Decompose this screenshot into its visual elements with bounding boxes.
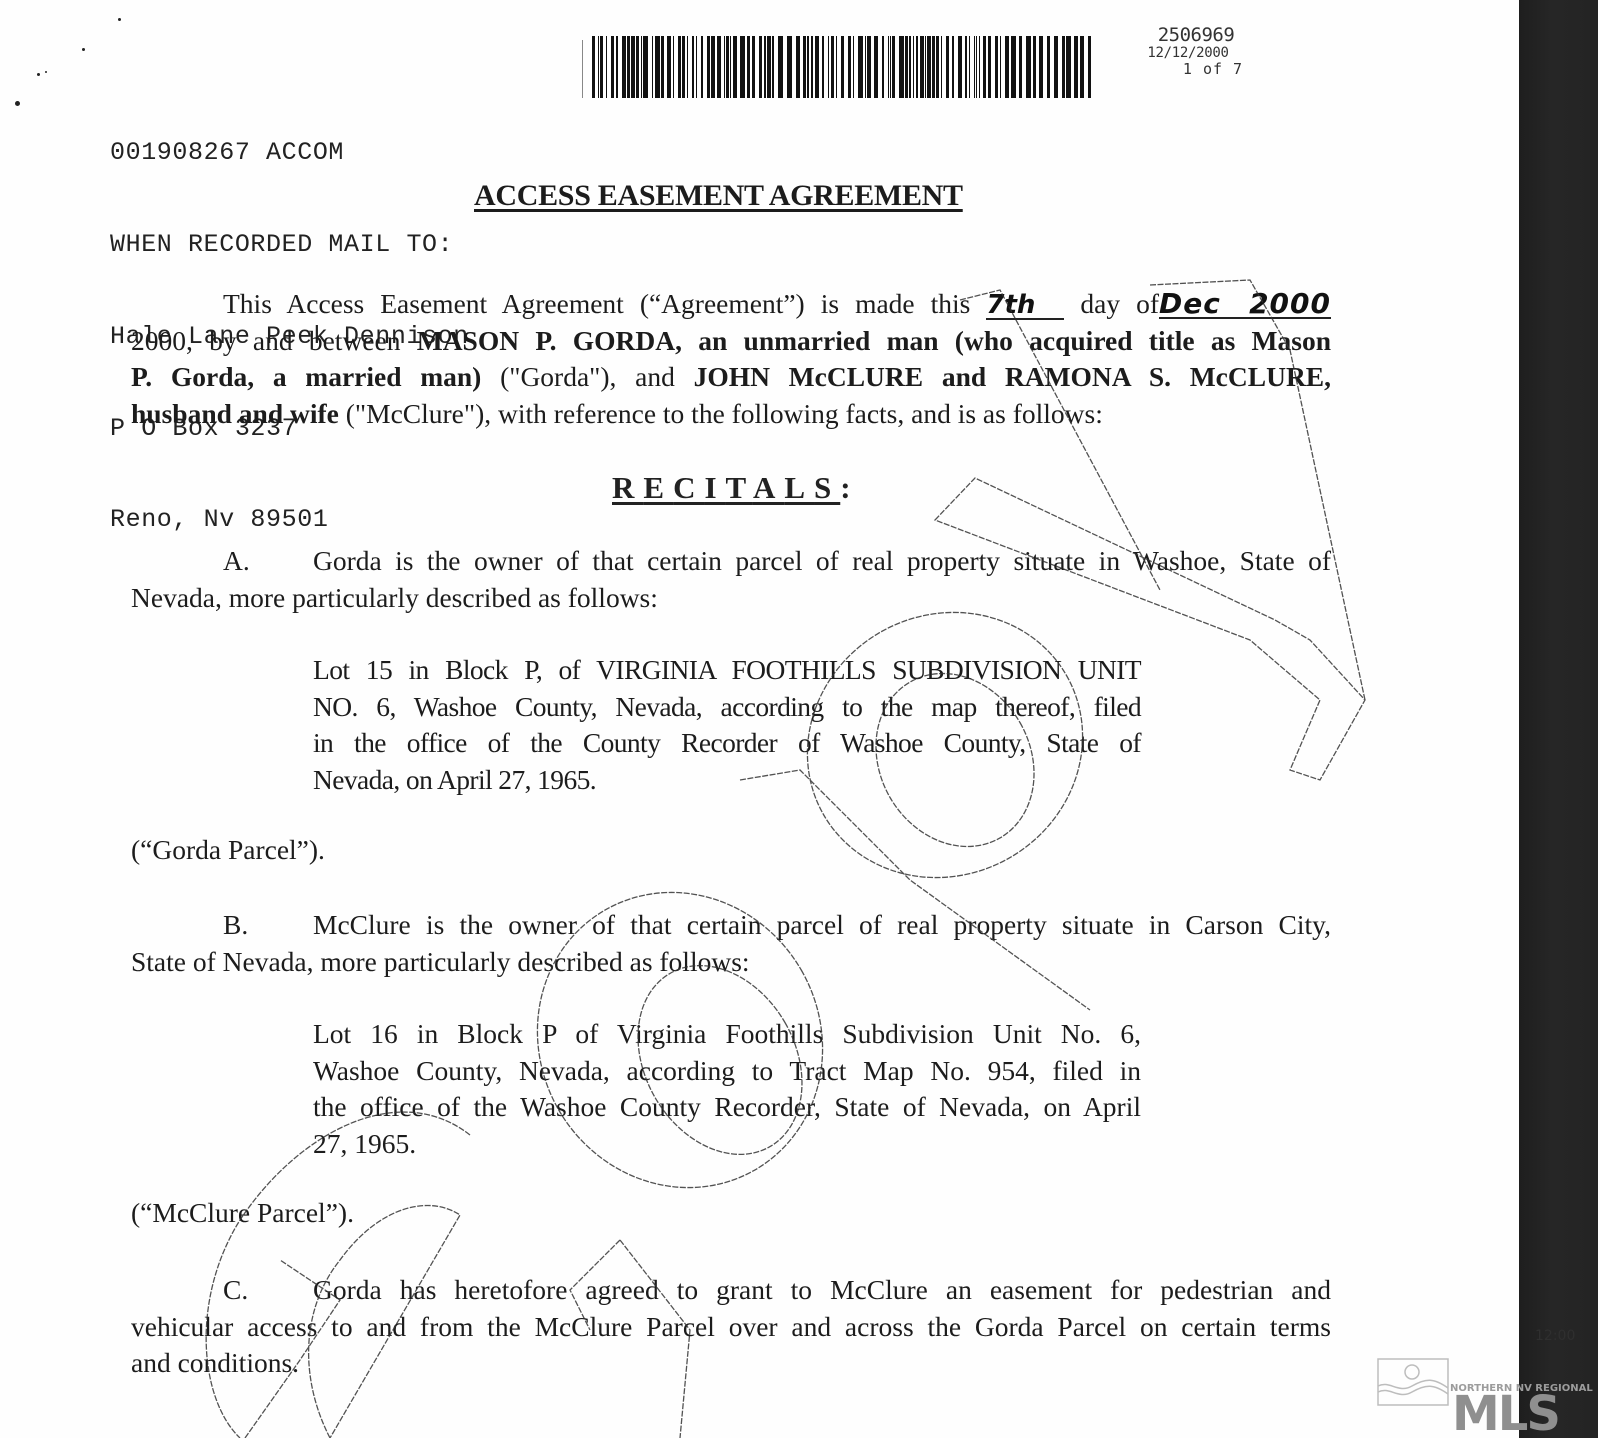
gorda-parcel-term: (“Gorda Parcel”).	[131, 834, 325, 866]
barcode-bar	[1019, 36, 1022, 98]
mcclure-parcel-description: Lot 16 in Block P of Virginia Foothills …	[313, 1016, 1141, 1162]
barcode-bar	[874, 36, 878, 98]
barcode-bar	[616, 36, 618, 98]
barcode-bar	[803, 36, 806, 98]
barcode-bar	[988, 36, 991, 98]
recital-c: C.Gorda has heretofore agreed to grant t…	[131, 1272, 1331, 1382]
barcode-bar	[841, 36, 844, 98]
recital-b: B.McClure is the owner of that certain p…	[131, 907, 1331, 980]
recital-letter: A.	[131, 543, 313, 580]
barcode-bar	[867, 36, 871, 98]
barcode-bar	[1011, 36, 1016, 98]
barcode-bar	[974, 36, 975, 98]
recital-text: vehicular access to and from the McClure…	[131, 1309, 1331, 1346]
barcode-bar	[836, 36, 837, 98]
barcode-bar	[752, 36, 755, 98]
barcode-bar	[888, 36, 889, 98]
recital-text: McClure is the owner of that certain par…	[313, 909, 1331, 940]
heading-letter: I	[704, 470, 725, 505]
barcode-bar	[831, 36, 834, 98]
handwritten-day: 7th	[986, 292, 1064, 320]
heading-letter: T	[726, 470, 753, 505]
barcode-bar	[936, 36, 939, 98]
recital-a: A.Gorda is the owner of that certain par…	[131, 543, 1331, 616]
barcode-bar	[1000, 36, 1001, 98]
intro-text: ("McClure"), with reference to the follo…	[346, 398, 1103, 429]
barcode-bar	[711, 36, 715, 98]
barcode-bar	[941, 36, 942, 98]
barcode-bar	[717, 36, 721, 98]
barcode-bar	[606, 36, 607, 98]
barcode-bar	[687, 36, 688, 98]
barcode-bar	[641, 36, 642, 98]
barcode-bar	[807, 36, 809, 98]
party-gorda-prior: P. Gorda, a married man)	[131, 361, 481, 392]
barcode-bar	[796, 36, 800, 98]
barcode-bar	[995, 36, 998, 98]
barcode-bar	[890, 36, 891, 98]
barcode-bar	[701, 36, 703, 98]
barcode-bar	[764, 36, 766, 98]
barcode-bar	[865, 36, 866, 98]
barcode-bar	[600, 36, 603, 98]
barcode-bar	[913, 36, 914, 98]
page-count: 1 of 7	[1168, 61, 1258, 77]
viewer-side-panel	[1519, 0, 1598, 1438]
barcode-bar	[920, 36, 924, 98]
barcode-bar	[1080, 36, 1084, 98]
barcode-bar	[828, 36, 829, 98]
barcode-bar	[1054, 36, 1058, 98]
recital-text: and conditions.	[131, 1345, 1331, 1382]
scanned-document-page: 001908267 ACCOM WHEN RECORDED MAIL TO: H…	[0, 0, 1519, 1438]
scan-speck	[82, 48, 85, 51]
barcode-bar	[747, 36, 750, 98]
barcode-bar	[692, 36, 694, 98]
barcode-bar	[611, 36, 614, 98]
barcode-bar	[696, 36, 697, 98]
barcode-bar	[1088, 36, 1091, 98]
barcode-bar	[932, 36, 935, 98]
barcode-bar	[740, 36, 745, 98]
heading-colon: :	[840, 470, 859, 505]
barcode-bar	[958, 36, 962, 98]
intro-paragraph: This Access Easement Agreement (“Agreeme…	[131, 286, 1331, 432]
recital-text: Gorda has heretofore agreed to grant to …	[313, 1274, 1331, 1305]
barcode-bar	[946, 36, 949, 98]
legal-description-line: Washoe County, Nevada, according to Trac…	[313, 1053, 1141, 1090]
party-gorda: MASON P. GORDA, an unmarried man (who ac…	[417, 325, 1331, 356]
legal-description-line: Lot 16 in Block P of Virginia Foothills …	[313, 1016, 1141, 1053]
barcode-bar	[976, 36, 977, 98]
barcode-bar	[652, 36, 653, 98]
barcode-bar	[1026, 36, 1031, 98]
legal-description-line: 27, 1965.	[313, 1126, 1141, 1163]
barcode-bar	[916, 36, 918, 98]
mls-wordmark: MLS	[1452, 1390, 1559, 1438]
barcode-bar	[899, 36, 904, 98]
barcode-bar	[979, 36, 980, 98]
barcode-bar	[631, 36, 635, 98]
partial-clock-text: 12:00	[1535, 1328, 1575, 1344]
heading-letter: L	[784, 470, 814, 505]
heading-letter: E	[643, 470, 673, 505]
document-number: 2506969	[1134, 24, 1258, 46]
barcode-bar	[592, 36, 595, 98]
scan-speck	[15, 101, 20, 106]
heading-letter: A	[753, 470, 784, 505]
addressee-city: Reno, Nv 89501	[110, 505, 469, 536]
legal-description-line: NO. 6, Washoe County, Nevada, according …	[313, 689, 1141, 726]
scan-speck	[37, 73, 40, 76]
barcode-bar	[882, 36, 884, 98]
barcode-bar	[1033, 36, 1036, 98]
barcode-bar	[905, 36, 908, 98]
barcode-bar	[811, 36, 813, 98]
intro-text: This Access Easement Agreement (“Agreeme…	[223, 288, 970, 319]
barcode-bar	[655, 36, 660, 98]
recitals-heading: RECITALS:	[612, 470, 860, 506]
barcode-bar	[1039, 36, 1043, 98]
barcode-bar	[730, 36, 731, 98]
recording-barcode	[592, 30, 1102, 98]
barcode-bar	[822, 36, 824, 98]
barcode-bar	[661, 36, 664, 98]
barcode-bar	[969, 36, 970, 98]
recital-letter: B.	[131, 907, 313, 944]
barcode-bar	[952, 36, 954, 98]
heading-letter: C	[673, 470, 704, 505]
barcode-bar	[673, 36, 674, 98]
barcode-bar	[858, 36, 863, 98]
barcode-bar	[925, 36, 926, 98]
barcode-bar	[767, 36, 771, 98]
document-title: ACCESS EASEMENT AGREEMENT	[474, 179, 963, 213]
recording-stamp: 2506969 12/12/2000 1 of 7	[1118, 24, 1258, 77]
legal-description-line: the office of the Washoe County Recorder…	[313, 1089, 1141, 1126]
barcode-bar	[643, 36, 648, 98]
barcode-bar	[759, 36, 762, 98]
gorda-parcel-description: Lot 15 in Block P, of VIRGINIA FOOTHILLS…	[313, 652, 1141, 798]
recital-text: State of Nevada, more particularly descr…	[131, 944, 1331, 981]
recital-letter: C.	[131, 1272, 313, 1309]
recital-text: Nevada, more particularly described as f…	[131, 580, 1331, 617]
party-mcclure: JOHN McCLURE and RAMONA S. McCLURE,	[694, 361, 1331, 392]
barcode-bar	[909, 36, 911, 98]
intro-text: 2000, by and between	[131, 325, 400, 356]
barcode-bar	[682, 36, 685, 98]
barcode-bar	[627, 36, 630, 98]
barcode-bar	[815, 36, 819, 98]
barcode-bar	[848, 36, 851, 98]
barcode-bar	[636, 36, 639, 98]
barcode-bar	[778, 36, 783, 98]
barcode-bar	[772, 36, 774, 98]
barcode-bar	[726, 36, 729, 98]
intro-text: ("Gorda"), and	[500, 361, 675, 392]
recorded-mail-label: WHEN RECORDED MAIL TO:	[110, 230, 469, 261]
barcode-bar	[724, 36, 725, 98]
barcode-bar	[598, 36, 599, 98]
legal-description-line: Nevada, on April 27, 1965.	[313, 762, 1141, 799]
barcode-bar	[965, 36, 967, 98]
barcode-bar	[892, 36, 895, 98]
barcode-bar	[678, 36, 681, 98]
barcode-bar	[853, 36, 854, 98]
legal-description-line: Lot 15 in Block P, of VIRGINIA FOOTHILLS…	[313, 652, 1141, 689]
barcode-bar	[1066, 36, 1071, 98]
barcode-bar	[1074, 36, 1078, 98]
party-mcclure-relation: husband and wife	[131, 398, 339, 429]
barcode-bar	[1047, 36, 1050, 98]
handwritten-month: Dec 2000	[1159, 291, 1331, 319]
barcode-bar	[733, 36, 737, 98]
mcclure-parcel-term: (“McClure Parcel”).	[131, 1197, 354, 1229]
recital-text: Gorda is the owner of that certain parce…	[313, 545, 1331, 576]
scan-speck	[45, 71, 47, 73]
legal-description-line: in the office of the County Recorder of …	[313, 725, 1141, 762]
heading-letter: R	[612, 470, 643, 505]
barcode-bar	[787, 36, 792, 98]
intro-text: day of	[1080, 288, 1159, 319]
barcode-bar	[667, 36, 671, 98]
heading-letter: S	[814, 470, 840, 505]
recording-date: 12/12/2000	[1118, 46, 1258, 61]
barcode-bar	[1062, 36, 1065, 98]
scan-speck	[118, 18, 121, 21]
barcode-bar	[622, 36, 626, 98]
order-number: 001908267 ACCOM	[110, 138, 469, 169]
barcode-bar	[927, 36, 931, 98]
barcode-bar	[1005, 36, 1009, 98]
barcode-bar	[707, 36, 710, 98]
barcode-bar	[983, 36, 986, 98]
